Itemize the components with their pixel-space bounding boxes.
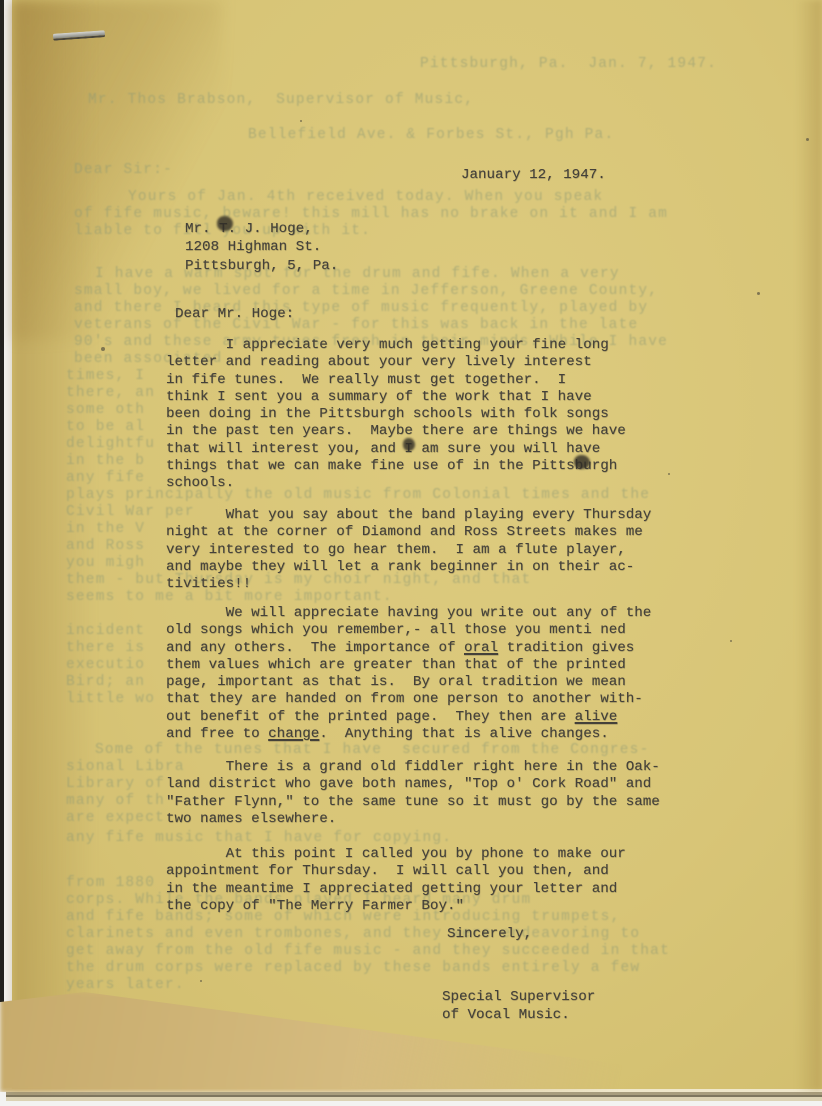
paper-speck: [668, 473, 670, 475]
signature-title: Special Supervisor of Vocal Music.: [442, 988, 595, 1024]
paragraph-4: There is a grand old fiddler right here …: [166, 759, 660, 828]
paper-speck: [300, 120, 302, 122]
scanned-letter: Pittsburgh, Pa. Jan. 7, 1947.Mr. Thos Br…: [0, 0, 822, 1106]
paragraph-2: What you say about the band playing ever…: [166, 507, 651, 593]
paper-speck: [101, 347, 105, 351]
salutation: Dear Mr. Hoge:: [175, 306, 294, 323]
letter-date: January 12, 1947.: [461, 167, 606, 184]
paper-speck: [757, 292, 760, 295]
ink-blot: [217, 216, 233, 231]
recipient-address: Mr. T. J. Hoge, 1208 Highman St. Pittsbu…: [185, 220, 338, 275]
paragraph-1: I appreciate very much getting your fine…: [166, 337, 626, 493]
paragraph-3: We will appreciate having you write out …: [166, 605, 651, 743]
paper-speck: [730, 640, 732, 642]
ink-blot: [574, 455, 590, 469]
paragraph-5: At this point I called you by phone to m…: [166, 846, 626, 915]
paper-speck: [806, 138, 809, 141]
ink-blot: [403, 438, 415, 451]
typewritten-text-layer: January 12, 1947. Mr. T. J. Hoge, 1208 H…: [0, 0, 822, 1106]
paper-speck: [200, 980, 202, 982]
closing: Sincerely,: [447, 926, 532, 943]
paper-speck: [540, 1014, 542, 1016]
